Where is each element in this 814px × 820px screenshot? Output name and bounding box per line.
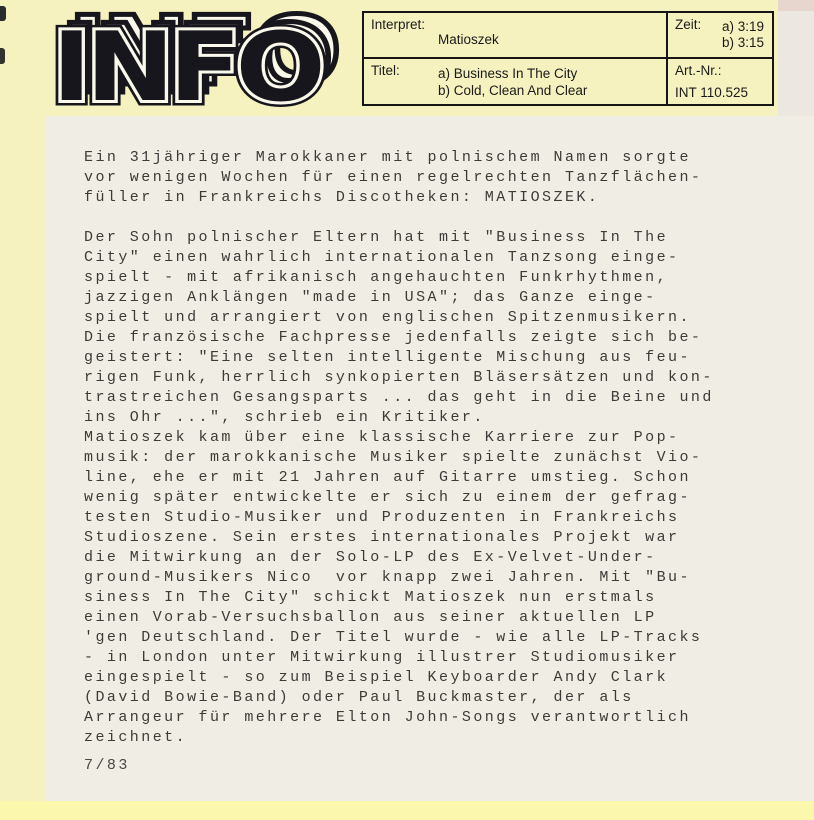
titel-cell: Titel: a) Business In The City b) Cold, … xyxy=(364,59,668,104)
interpret-value: Matioszek xyxy=(438,32,499,47)
titel-value-b: b) Cold, Clean And Clear xyxy=(438,83,587,100)
artnr-cell: Art.-Nr.: INT 110.525 xyxy=(668,59,772,104)
info-logo: INFO INFO INFO INFO INFO xyxy=(44,2,364,114)
titel-values: a) Business In The City b) Cold, Clean A… xyxy=(438,66,587,99)
article-body: Ein 31jähriger Marokkaner mit polnischem… xyxy=(84,148,714,748)
yellow-left-margin xyxy=(0,116,46,802)
logo-front-face: INFO xyxy=(52,13,320,114)
scan-edge-strip xyxy=(778,0,814,116)
zeit-values: a) 3:19 b) 3:15 xyxy=(722,19,764,51)
interpret-label: Interpret: xyxy=(371,17,425,32)
titel-value-a: a) Business In The City xyxy=(438,66,587,83)
issue-number: 7/83 xyxy=(84,757,130,774)
zeit-value-b: b) 3:15 xyxy=(722,35,764,51)
artnr-label: Art.-Nr.: xyxy=(675,63,722,78)
artnr-value: INT 110.525 xyxy=(675,85,748,100)
interpret-cell: Interpret: Matioszek xyxy=(364,13,668,59)
scan-corner-artifact xyxy=(778,0,814,11)
zeit-label: Zeit: xyxy=(675,17,701,32)
titel-label: Titel: xyxy=(371,63,400,78)
zeit-value-a: a) 3:19 xyxy=(722,19,764,35)
record-info-table: Interpret: Matioszek Zeit: a) 3:19 b) 3:… xyxy=(362,11,774,106)
scan-edge-mark xyxy=(0,48,5,64)
scanned-info-sheet: { "logo": { "text": "INFO" }, "infobox":… xyxy=(0,0,814,820)
yellow-bottom-strip xyxy=(0,801,814,820)
scan-edge-mark xyxy=(0,6,6,21)
zeit-cell: Zeit: a) 3:19 b) 3:15 xyxy=(668,13,772,59)
